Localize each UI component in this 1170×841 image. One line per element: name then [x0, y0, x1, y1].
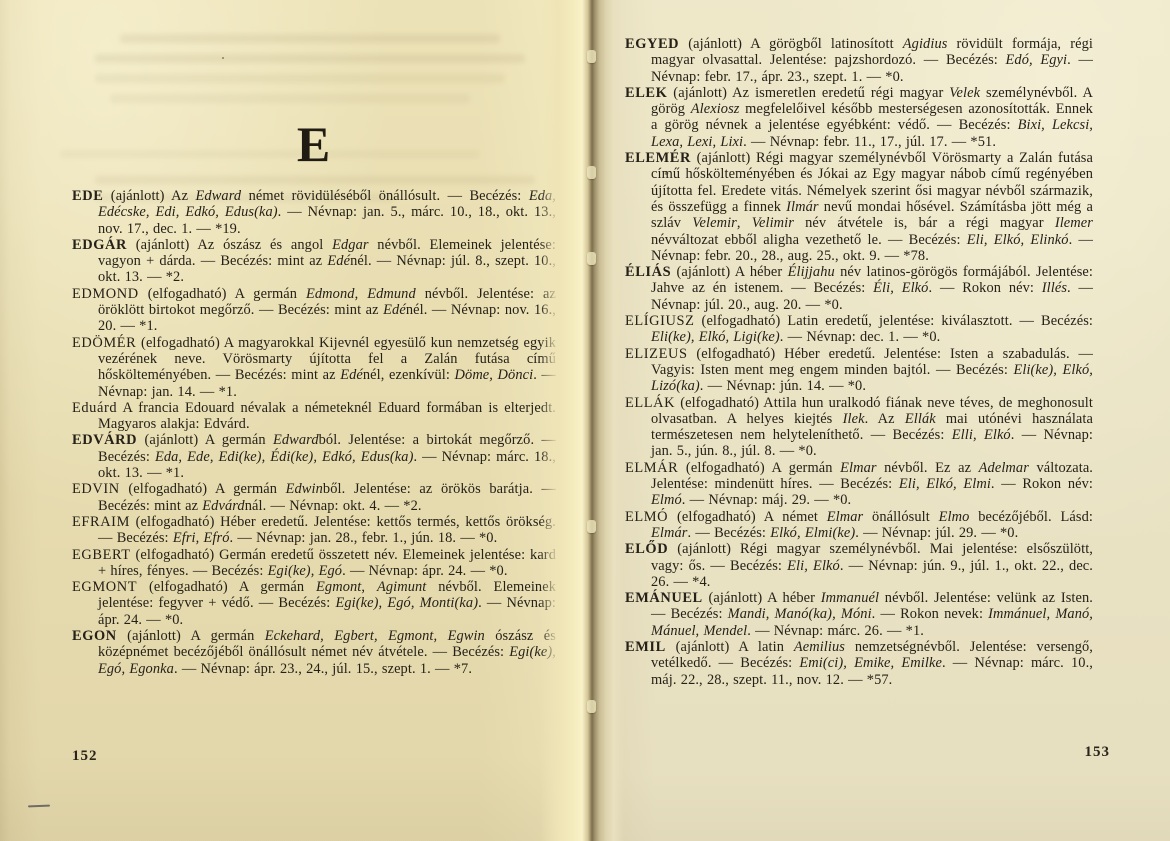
dictionary-entry: ELLÁK (elfogadható) Attila hun uralkodó …	[625, 395, 1093, 460]
left-page: E EDE (ajánlott) Az Edward német rövidül…	[0, 0, 585, 841]
dictionary-entry: EGBERT (elfogadható) Germán eredetű össz…	[72, 547, 556, 580]
entry-italic-names: Edward	[196, 188, 242, 204]
entry-italic-names: Illés	[1042, 280, 1067, 296]
section-letter-heading: E	[72, 116, 556, 172]
entry-headword: ELEK	[625, 85, 667, 101]
entry-headword: EDMOND	[72, 286, 139, 302]
entry-headword: ELMÓ	[625, 509, 668, 525]
entry-headword: EGYED	[625, 36, 679, 52]
entry-italic-names: Efri, Efró	[173, 530, 230, 546]
entry-italic-names: Ilek	[843, 411, 865, 427]
entry-italic-names: Alexiosz	[691, 101, 740, 117]
entry-headword: EGON	[72, 628, 117, 644]
entry-text: . — Névnap: jún. 14. — *0.	[700, 378, 866, 394]
entry-text: becézőjéből. Lásd:	[969, 509, 1093, 525]
entry-italic-names: Edmond	[306, 286, 355, 302]
entry-text: (ajánlott) A héber	[703, 590, 821, 606]
entry-text: (elfogadható) Latin eredetű, jelentése: …	[695, 313, 1093, 329]
entry-headword: EDVIN	[72, 481, 120, 497]
dictionary-entry: Eduárd A francia Edouard névalak a német…	[72, 400, 556, 433]
entry-text: (ajánlott) A germán	[137, 432, 273, 448]
entry-headword: ÉLIÁS	[625, 264, 671, 280]
right-page-text-column: EGYED (ajánlott) A görögből latinosított…	[625, 36, 1093, 688]
entry-text: A francia Edouard névalak a németeknél E…	[98, 400, 556, 432]
entry-italic-names: Edé	[340, 367, 363, 383]
page-number-left: 152	[72, 748, 98, 765]
entry-italic-names: Velemir	[692, 215, 737, 231]
entry-italic-names: Velimir	[752, 215, 794, 231]
dictionary-entry: EDÖMÉR (elfogadható) A magyarokkal Kijev…	[72, 335, 556, 400]
entry-italic-names: Elmo	[939, 509, 970, 525]
dictionary-entry: EDE (ajánlott) Az Edward német rövidülés…	[72, 188, 556, 237]
entry-italic-names: Ilemer	[1055, 215, 1093, 231]
entry-italic-names: Egmont	[316, 579, 361, 595]
entry-headword: EMIL	[625, 639, 666, 655]
entry-text: név átvétele is, bár a régi magyar	[794, 215, 1055, 231]
entry-italic-names: Ellák	[905, 411, 936, 427]
dictionary-entry: ELEMÉR (ajánlott) Régi magyar személynév…	[625, 150, 1093, 264]
entry-text: ,	[737, 215, 752, 231]
entry-text: . — Rokon név:	[991, 476, 1093, 492]
entry-text: (elfogadható) A német	[668, 509, 827, 525]
entry-text: (elfogadható) A germán	[120, 481, 286, 497]
entry-text: ,	[361, 579, 377, 595]
entry-italic-names: Ilmár	[786, 199, 818, 215]
entry-italic-names: Eckehard, Egbert, Egmont, Egwin	[265, 628, 485, 644]
entry-headword: EFRAIM	[72, 514, 130, 530]
right-page: EGYED (ajánlott) A görögből latinosított…	[585, 0, 1170, 841]
entry-text: ,	[355, 286, 368, 302]
entry-italic-names: Edmund	[367, 286, 416, 302]
entry-text: . Az	[865, 411, 905, 427]
entry-italic-names: Edgar	[332, 237, 368, 253]
entry-text: . — Névnap: ápr. 24. — *0.	[342, 563, 507, 579]
entry-headword: EDE	[72, 188, 103, 204]
entry-text: nál. — Névnap: okt. 4. — *2.	[245, 498, 422, 514]
dictionary-entry: ELŐD (ajánlott) Régi magyar személynévbő…	[625, 541, 1093, 590]
entry-italic-names: Eli, Elkó	[787, 558, 840, 574]
entry-text: névváltozat ebből aligha vezethető le. —…	[651, 232, 967, 248]
entry-headword: ELŐD	[625, 541, 668, 557]
entry-text: (ajánlott) A latin	[666, 639, 794, 655]
entry-text: (ajánlott) A héber	[671, 264, 787, 280]
pencil-mark	[28, 805, 50, 808]
dictionary-entry: EFRAIM (elfogadható) Héber eredetű. Jele…	[72, 514, 556, 547]
entry-headword: EDGÁR	[72, 237, 127, 253]
dictionary-entry: ELMÓ (elfogadható) A német Elmar önállós…	[625, 509, 1093, 542]
page-number-right: 153	[1085, 744, 1111, 761]
entry-italic-names: Elmó	[651, 492, 682, 508]
entry-text: névből. Ez az	[877, 460, 979, 476]
entry-text: (ajánlott) A görögből latinosított	[679, 36, 903, 52]
entry-text: . — Névnap: febr. 11., 17., júl. 17. — *…	[743, 134, 996, 150]
entry-text: . — Rokon név:	[928, 280, 1041, 296]
entry-italic-names: Eda, Ede, Edi(ke), Édi(ke), Edkó, Edus(k…	[155, 449, 414, 465]
entry-text: (ajánlott) Az ismeretlen eredetű régi ma…	[667, 85, 949, 101]
entry-italic-names: Velek	[949, 85, 980, 101]
entry-italic-names: Elmar	[840, 460, 876, 476]
right-page-entries: EGYED (ajánlott) A görögből latinosított…	[625, 36, 1093, 688]
entry-text: . — Névnap: ápr. 23., 24., júl. 15., sze…	[174, 661, 472, 677]
entry-italic-names: Aemilius	[794, 639, 845, 655]
entry-text: (elfogadható) A germán	[678, 460, 840, 476]
entry-text: (elfogadható) A germán	[137, 579, 316, 595]
entry-italic-names: Elli, Elkó	[952, 427, 1011, 443]
entry-italic-names: Eli, Elkó, Elmi	[899, 476, 991, 492]
entry-italic-names: Edé	[327, 253, 350, 269]
dictionary-entry: ELÍGIUSZ (elfogadható) Latin eredetű, je…	[625, 313, 1093, 346]
entry-headword: EMÁNUEL	[625, 590, 703, 606]
entry-headword: EGBERT	[72, 547, 131, 563]
dictionary-entry: EDMOND (elfogadható) A germán Edmond, Ed…	[72, 286, 556, 335]
entry-italic-names: Elkó, Elmi(ke)	[770, 525, 855, 541]
entry-italic-names: Elmár	[651, 525, 687, 541]
entry-italic-names: Edward	[273, 432, 319, 448]
left-page-text-column: E EDE (ajánlott) Az Edward német rövidül…	[72, 0, 556, 677]
entry-headword: ELIZEUS	[625, 346, 688, 362]
entry-text: . — Névnap: jan. 28., febr. 1., jún. 18.…	[230, 530, 498, 546]
dictionary-entry: EGMONT (elfogadható) A germán Egmont, Ag…	[72, 579, 556, 628]
entry-italic-names: Agidius	[903, 36, 948, 52]
entry-italic-names: Edó, Egyi	[1006, 52, 1068, 68]
entry-text: önállósult	[863, 509, 938, 525]
entry-headword: ELEMÉR	[625, 150, 691, 166]
entry-italic-names: Eli, Elkó, Elinkó	[967, 232, 1069, 248]
dictionary-entry: ELEK (ajánlott) Az ismeretlen eredetű ré…	[625, 85, 1093, 150]
entry-italic-names: Döme, Dönci	[455, 367, 534, 383]
left-page-entries: EDE (ajánlott) Az Edward német rövidülés…	[72, 188, 556, 677]
dictionary-entry: EDVIN (elfogadható) A germán Edwinből. J…	[72, 481, 556, 514]
entry-text: . — Névnap: júl. 29. — *0.	[855, 525, 1018, 541]
entry-headword: EDVÁRD	[72, 432, 137, 448]
entry-text: . — Névnap: dec. 1. — *0.	[780, 329, 941, 345]
entry-headword: EDÖMÉR	[72, 335, 136, 351]
entry-italic-names: Eli(ke), Elkó, Ligi(ke)	[651, 329, 780, 345]
dictionary-entry: EDGÁR (ajánlott) Az ószász és angol Edga…	[72, 237, 556, 286]
dictionary-entry: EGYED (ajánlott) A görögből latinosított…	[625, 36, 1093, 85]
entry-headword: Eduárd	[72, 400, 117, 416]
dictionary-entry: ELMÁR (elfogadható) A germán Elmar névbő…	[625, 460, 1093, 509]
entry-text: német rövidüléséből önállósult. — Becézé…	[241, 188, 529, 204]
entry-italic-names: Edwin	[286, 481, 323, 497]
entry-headword: EGMONT	[72, 579, 137, 595]
entry-italic-names: Edvárd	[202, 498, 244, 514]
entry-italic-names: Mandi, Manó(ka), Móni	[728, 606, 872, 622]
entry-italic-names: Egi(ke), Egó, Monti(ka)	[335, 595, 478, 611]
entry-text: (ajánlott) Az ószász és angol	[127, 237, 332, 253]
entry-italic-names: Éli, Elkó	[873, 280, 928, 296]
entry-headword: ELMÁR	[625, 460, 678, 476]
entry-italic-names: Élijjahu	[788, 264, 835, 280]
entry-text: (elfogadható) A germán	[139, 286, 306, 302]
entry-text: . — Névnap: márc. 26. — *1.	[747, 623, 924, 639]
dictionary-entry: EMIL (ajánlott) A latin Aemilius nemzets…	[625, 639, 1093, 688]
entry-text: (ajánlott) Az	[103, 188, 195, 204]
dictionary-entry: EGON (ajánlott) A germán Eckehard, Egber…	[72, 628, 556, 677]
entry-text: . — Rokon nevek:	[872, 606, 988, 622]
entry-italic-names: Agimunt	[377, 579, 426, 595]
dictionary-entry: EMÁNUEL (ajánlott) A héber Immanuél névb…	[625, 590, 1093, 639]
entry-italic-names: Elmar	[827, 509, 863, 525]
entry-italic-names: Immanuél	[821, 590, 879, 606]
entry-text: . — Névnap: máj. 29. — *0.	[682, 492, 851, 508]
entry-headword: ELLÁK	[625, 395, 675, 411]
dictionary-entry: EDVÁRD (ajánlott) A germán Edwardból. Je…	[72, 432, 556, 481]
dictionary-entry: ELIZEUS (elfogadható) Héber eredetű. Jel…	[625, 346, 1093, 395]
entry-italic-names: Emi(ci), Emike, Emilke	[799, 655, 942, 671]
entry-italic-names: Egi(ke), Egó	[268, 563, 342, 579]
entry-text: nél, ezenkívül:	[363, 367, 455, 383]
entry-italic-names: Edé	[383, 302, 406, 318]
dictionary-entry: ÉLIÁS (ajánlott) A héber Élijjahu név la…	[625, 264, 1093, 313]
entry-text: . — Becézés:	[687, 525, 770, 541]
entry-text: (ajánlott) A germán	[117, 628, 265, 644]
entry-italic-names: Adelmar	[979, 460, 1029, 476]
entry-headword: ELÍGIUSZ	[625, 313, 695, 329]
book-scan: E EDE (ajánlott) Az Edward német rövidül…	[0, 0, 1170, 841]
